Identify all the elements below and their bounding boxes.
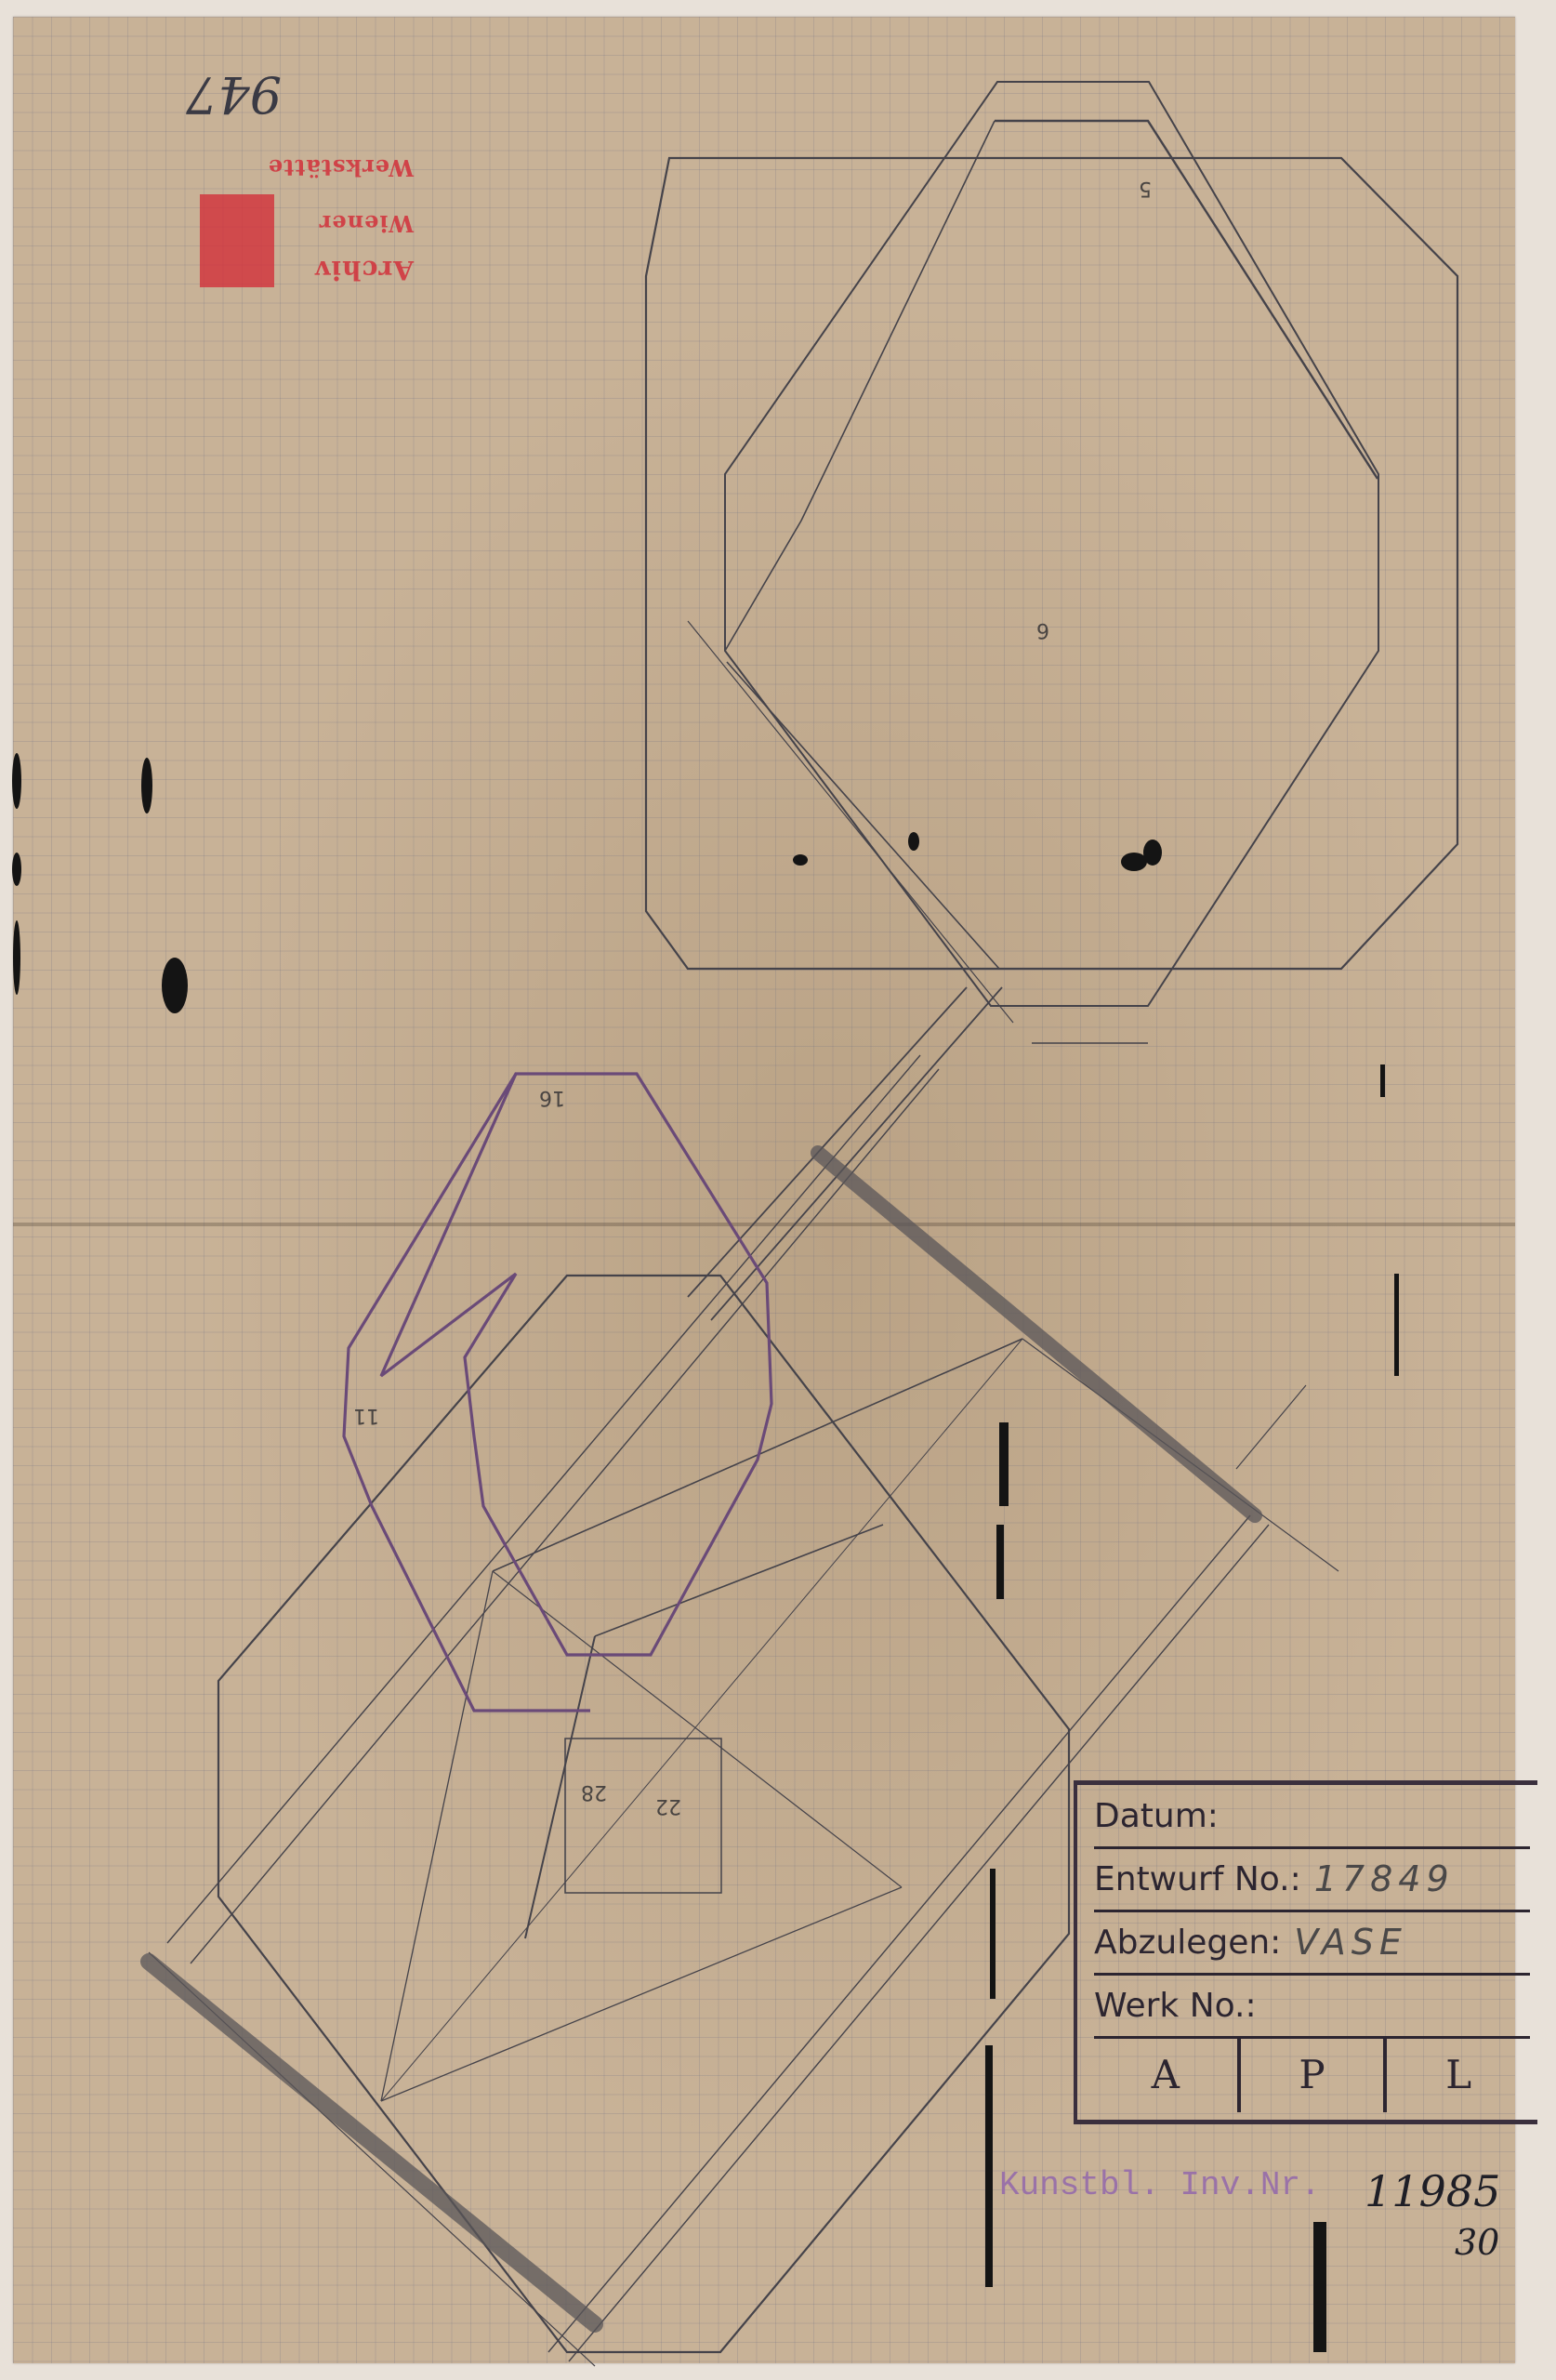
stamp-initials: A P L xyxy=(1094,2038,1530,2112)
stamp-row-abzulegen: Abzulegen: VASE xyxy=(1094,1911,1530,1976)
stamp-row-datum: Datum: xyxy=(1094,1785,1530,1849)
inventory-label: Kunstbl. Inv.Nr. xyxy=(999,2166,1321,2204)
stamp-label: Datum: xyxy=(1094,1797,1219,1835)
stamp-value: VASE xyxy=(1294,1922,1407,1963)
annotation-inner-rect-a: 28 xyxy=(581,1780,607,1804)
stamp-initial-a: A xyxy=(1094,2038,1241,2112)
upper-elongated-outline xyxy=(725,82,1378,1006)
stamp-row-werk: Werk No.: xyxy=(1094,1975,1530,2039)
stamp-value: 17849 xyxy=(1314,1858,1455,1899)
inner-rectangle xyxy=(565,1739,721,1893)
stamp-initial-p: P xyxy=(1241,2038,1388,2112)
annotation-upper-octagon: 5 xyxy=(1139,177,1152,200)
stamp-label: Werk No.: xyxy=(1094,1987,1257,2025)
stamp-label: Abzulegen: xyxy=(1094,1924,1281,1962)
annotation-purple-side: 11 xyxy=(353,1404,379,1427)
lower-octagon-outline xyxy=(218,1276,1069,2352)
upper-octagon-outline xyxy=(646,158,1457,969)
archive-stamp-logo xyxy=(200,194,274,287)
archive-stamp-number: 947 xyxy=(186,65,282,124)
annotation-purple-outline: 16 xyxy=(539,1086,565,1109)
archive-stamp-line3: Werkstätte xyxy=(268,154,414,181)
shaded-bar-upper xyxy=(818,1153,1255,1515)
archive-stamp-line2: Wiener xyxy=(319,210,414,237)
shaded-bar-lower xyxy=(149,1962,595,2324)
archive-stamp-line1: Archiv xyxy=(314,255,414,285)
purple-vase-outline xyxy=(381,1074,771,1655)
stamp-row-entwurf: Entwurf No.: 17849 xyxy=(1094,1848,1530,1912)
annotation-inner-rect-b: 22 xyxy=(655,1794,681,1818)
annotation-upper-center: 6 xyxy=(1036,618,1049,641)
inventory-number: 11985 xyxy=(1365,2166,1500,2216)
stamp-label: Entwurf No.: xyxy=(1094,1860,1301,1898)
design-record-stamp: Datum: Entwurf No.: 17849 Abzulegen: VAS… xyxy=(1074,1780,1537,2124)
stamp-initial-l: L xyxy=(1387,2038,1530,2112)
inventory-subnumber: 30 xyxy=(1455,2222,1499,2263)
